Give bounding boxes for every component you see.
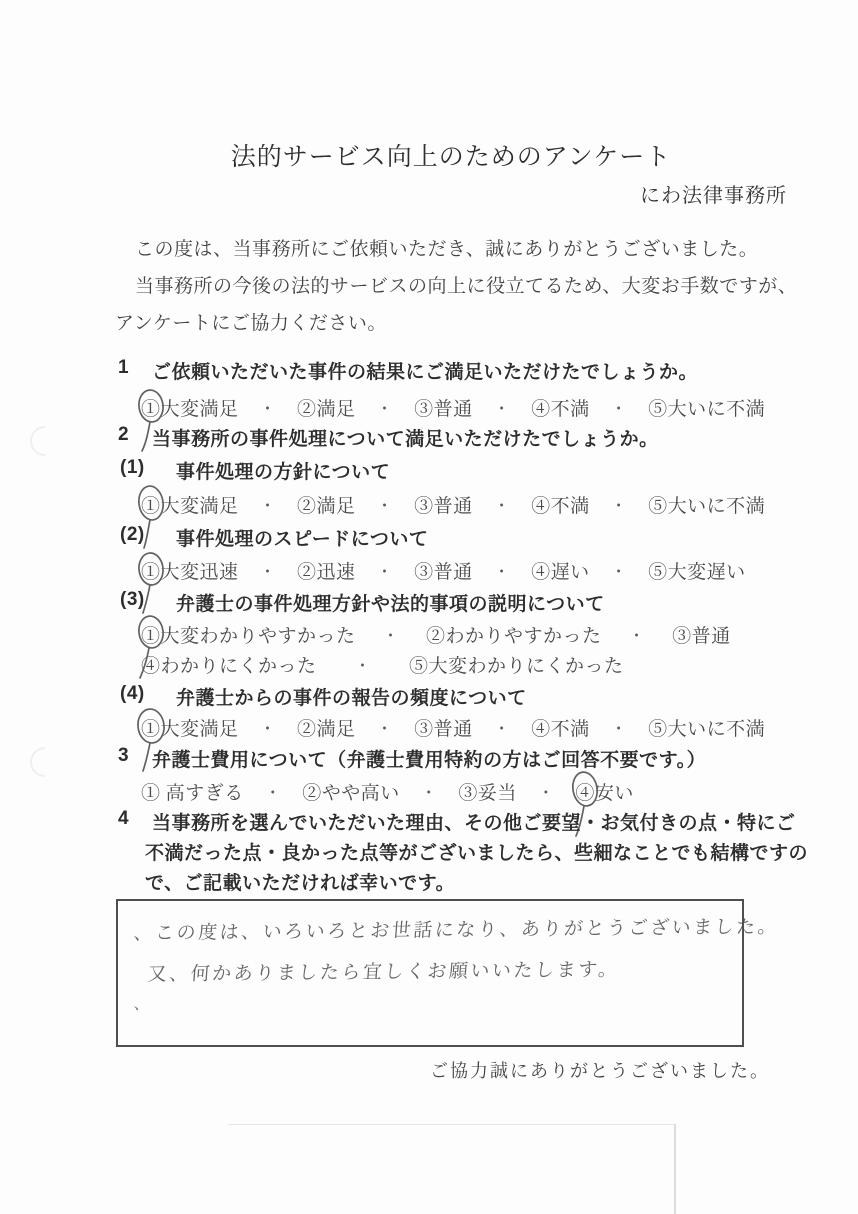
question-2-4-heading: (4) 弁護士からの事件の報告の頻度について	[120, 683, 527, 710]
option: ⑤大変遅い	[648, 557, 746, 584]
question-2-1-heading: (1) 事件処理の方針について	[120, 457, 390, 484]
option: ③普通	[414, 557, 473, 584]
comment-box: 、この度は、いろいろとお世話になり、ありがとうございました。 又、何かありました…	[116, 899, 744, 1047]
option-separator: ・	[421, 780, 438, 803]
sub-question-text: 弁護士からの事件の報告の頻度について	[176, 683, 527, 710]
option-separator: ・	[260, 716, 277, 739]
question-2-3-options-row1: ①大変わかりやすかった ・ ②わかりやすかった ・ ③普通	[141, 621, 731, 648]
handwritten-comment-line: 又、何かありましたら宜しくお願いいたします。	[147, 955, 621, 987]
question-1-heading: 1 ご依頼いただいた事件の結果にご満足いただけたでしょうか。	[118, 357, 698, 384]
option: ②満足	[297, 394, 356, 421]
intro-line: 当事務所の今後の法的サービスの向上に役立てるため、大変お手数ですが、	[115, 268, 797, 305]
option: ②わかりやすかった	[426, 621, 602, 648]
option: ③妥当	[458, 778, 517, 805]
scanned-survey-document: 法的サービス向上のためのアンケート にわ法律事務所 この度は、当事務所にご依頼い…	[0, 0, 858, 1214]
punch-hole-artifact	[24, 420, 66, 462]
document-title: 法的サービス向上のためのアンケート	[22, 137, 858, 173]
question-2-2-heading: (2) 事件処理のスピードについて	[120, 524, 428, 551]
firm-name: にわ法律事務所	[640, 179, 787, 208]
option: ②満足	[297, 714, 356, 741]
option: ③普通	[414, 394, 473, 421]
option-circled: ①大変満足	[141, 491, 239, 518]
question-number: 3	[118, 745, 152, 772]
question-3-options: ① 高すぎる ・ ②やや高い ・ ③妥当 ・ ④安い	[141, 778, 634, 805]
sub-question-label: (3)	[120, 589, 176, 616]
option-circled: ①大変わかりやすかった	[141, 621, 356, 648]
question-2-3-heading: (3) 弁護士の事件処理方針や法的事項の説明について	[120, 589, 605, 616]
sub-question-text: 弁護士の事件処理方針や法的事項の説明について	[176, 589, 605, 616]
sub-question-label: (2)	[120, 524, 176, 551]
closing-text: ご協力誠にありがとうございました。	[430, 1057, 770, 1083]
question-4-text-line: で、ご記載いただければ幸いです。	[145, 868, 455, 895]
option: ④不満	[531, 491, 590, 518]
handwritten-stray-mark: 、	[133, 993, 152, 1014]
option: ⑤大いに不満	[648, 714, 765, 741]
option-separator: ・	[494, 396, 511, 419]
question-text: 弁護士費用について（弁護士費用特約の方はご回答不要です。）	[152, 745, 706, 772]
intro-line: アンケートにご協力ください。	[115, 305, 797, 342]
option-separator: ・	[260, 559, 277, 582]
question-3-heading: 3 弁護士費用について（弁護士費用特約の方はご回答不要です。）	[118, 745, 706, 772]
option-separator: ・	[611, 559, 628, 582]
question-number: 2	[118, 424, 152, 451]
punch-hole-artifact	[24, 741, 66, 783]
sub-question-text: 事件処理の方針について	[176, 457, 390, 484]
option-separator: ・	[611, 716, 628, 739]
option-separator: ・	[383, 623, 400, 646]
option: ②迅速	[297, 557, 356, 584]
option: ⑤大いに不満	[648, 394, 765, 421]
option-separator: ・	[265, 780, 282, 803]
option: ⑤大いに不満	[648, 491, 765, 518]
scan-bleed-artifact	[228, 1124, 676, 1214]
intro-paragraph: この度は、当事務所にご依頼いただき、誠にありがとうございました。 当事務所の今後…	[115, 231, 797, 342]
option-circled: ④安い	[575, 778, 634, 805]
sub-question-label: (1)	[120, 457, 176, 484]
question-text: 当事務所を選んでいただいた理由、その他ご要望・お気付きの点・特にご	[152, 808, 796, 835]
question-4-heading: 4 当事務所を選んでいただいた理由、その他ご要望・お気付きの点・特にご	[118, 808, 796, 835]
question-text: ご依頼いただいた事件の結果にご満足いただけたでしょうか。	[152, 357, 698, 384]
option: ③普通	[672, 621, 731, 648]
intro-line: この度は、当事務所にご依頼いただき、誠にありがとうございました。	[115, 231, 797, 268]
option-separator: ・	[494, 559, 511, 582]
sub-question-text: 事件処理のスピードについて	[176, 524, 428, 551]
option: ④遅い	[531, 557, 590, 584]
option-separator: ・	[538, 780, 555, 803]
option-separator: ・	[611, 396, 628, 419]
question-2-heading: 2 当事務所の事件処理について満足いただけたでしょうか。	[118, 424, 659, 451]
question-2-1-options: ①大変満足 ・ ②満足 ・ ③普通 ・ ④不満 ・ ⑤大いに不満	[141, 491, 765, 518]
option-separator: ・	[260, 396, 277, 419]
option: ②やや高い	[302, 778, 400, 805]
option: ④不満	[531, 714, 590, 741]
option: ④わかりにくかった	[141, 651, 317, 678]
question-number: 4	[118, 808, 152, 835]
sub-question-label: (4)	[120, 683, 176, 710]
option-circled: ①大変満足	[141, 394, 239, 421]
question-2-3-options-row2: ④わかりにくかった ・ ⑤大変わかりにくかった	[141, 651, 624, 678]
option-separator: ・	[355, 653, 372, 676]
option: ④不満	[531, 394, 590, 421]
option-circled: ①大変迅速	[141, 557, 239, 584]
option: ②満足	[297, 491, 356, 518]
option-circled: ①大変満足	[141, 714, 239, 741]
option-separator: ・	[494, 716, 511, 739]
option-separator: ・	[494, 493, 511, 516]
question-1-options: ①大変満足 ・ ②満足 ・ ③普通 ・ ④不満 ・ ⑤大いに不満	[141, 394, 765, 421]
question-number: 1	[118, 357, 152, 384]
option: ⑤大変わかりにくかった	[409, 651, 624, 678]
option: ③普通	[414, 714, 473, 741]
option-separator: ・	[377, 396, 394, 419]
option-separator: ・	[377, 559, 394, 582]
question-text: 当事務所の事件処理について満足いただけたでしょうか。	[152, 424, 659, 451]
option: ③普通	[414, 491, 473, 518]
option: ① 高すぎる	[141, 778, 244, 805]
option-separator: ・	[260, 493, 277, 516]
option-separator: ・	[377, 493, 394, 516]
question-2-2-options: ①大変迅速 ・ ②迅速 ・ ③普通 ・ ④遅い ・ ⑤大変遅い	[141, 557, 746, 584]
option-separator: ・	[629, 623, 646, 646]
option-separator: ・	[377, 716, 394, 739]
question-2-4-options: ①大変満足 ・ ②満足 ・ ③普通 ・ ④不満 ・ ⑤大いに不満	[141, 714, 765, 741]
handwritten-comment-line: 、この度は、いろいろとお世話になり、ありがとうございました。	[133, 912, 781, 946]
option-separator: ・	[611, 493, 628, 516]
question-4-text-line: 不満だった点・良かった点等がございましたら、些細なことでも結構ですの	[145, 838, 808, 865]
